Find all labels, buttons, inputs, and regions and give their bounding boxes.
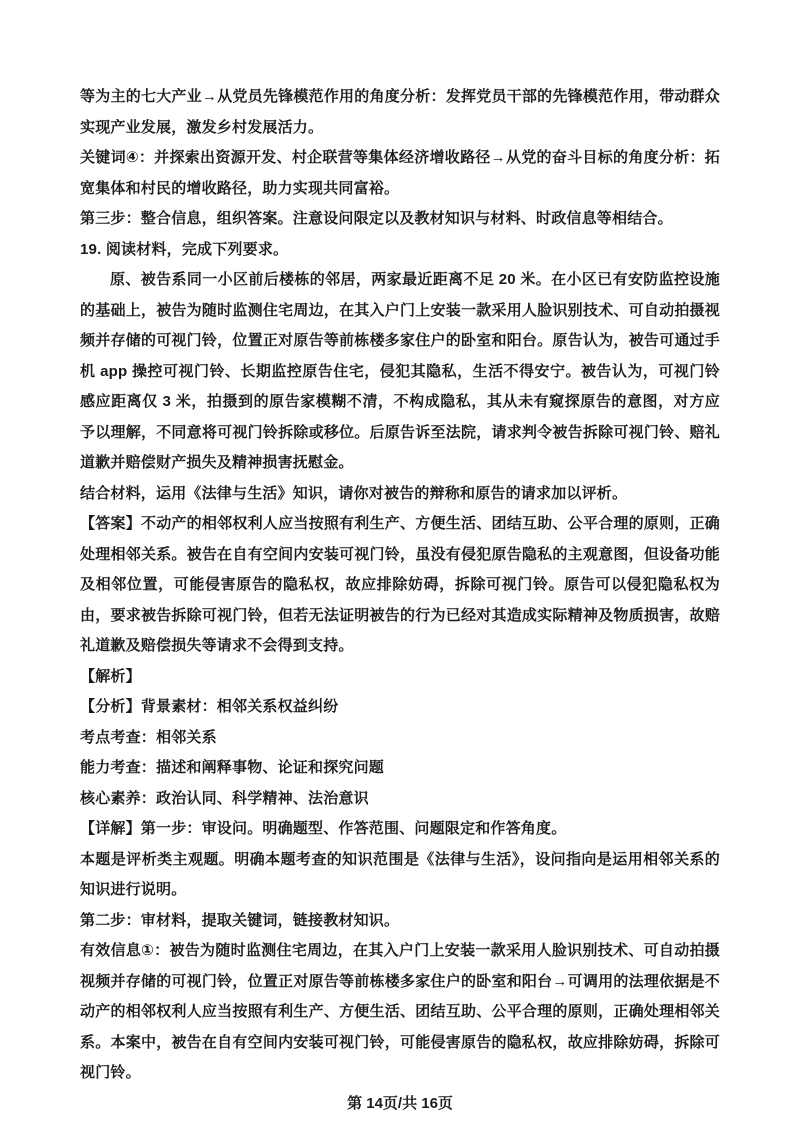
ability-check: 能力考查：描述和阐释事物、论证和探究问题: [80, 753, 720, 784]
answer-paragraph: 【答案】不动产的相邻权利人应当按照有利生产、方便生活、团结互助、公平合理的原则，…: [80, 509, 720, 662]
question-19-task: 结合材料，运用《法律与生活》知识，请你对被告的辩称和原告的请求加以评析。: [80, 479, 720, 510]
valid-info-1: 有效信息①：被告为随时监测住宅周边，在其入户门上安装一款采用人脸识别技术、可自动…: [80, 936, 720, 1089]
document-page: 等为主的七大产业→从党员先锋模范作用的角度分析：发挥党员干部的先锋模范作用，带动…: [0, 0, 800, 1132]
page-footer: 第 14页/共 16页: [80, 1089, 720, 1120]
detail-step2-heading: 第二步：审材料，提取关键词，链接教材知识。: [80, 906, 720, 937]
jiexi-heading: 【解析】: [80, 662, 720, 693]
keyword3-analysis-continued: 等为主的七大产业→从党员先锋模范作用的角度分析：发挥党员干部的先锋模范作用，带动…: [80, 82, 720, 143]
question-19-material: 原、被告系同一小区前后楼栋的邻居，两家最近距离不足 20 米。在小区已有安防监控…: [80, 265, 720, 479]
step3-summary: 第三步：整合信息，组织答案。注意设问限定以及教材知识与材料、时政信息等相结合。: [80, 204, 720, 235]
core-literacy: 核心素养：政治认同、科学精神、法治意识: [80, 784, 720, 815]
keyword4-analysis: 关键词④：并探索出资源开发、村企联营等集体经济增收路径→从党的奋斗目标的角度分析…: [80, 143, 720, 204]
analysis-background-material: 【分析】背景素材：相邻关系权益纠纷: [80, 692, 720, 723]
detail-step1-body: 本题是评析类主观题。明确本题考查的知识范围是《法律与生活》，设问指向是运用相邻关…: [80, 845, 720, 906]
exam-point: 考点考查：相邻关系: [80, 723, 720, 754]
detail-step1-heading: 【详解】第一步：审设问。明确题型、作答范围、问题限定和作答角度。: [80, 814, 720, 845]
question-19-heading: 19. 阅读材料，完成下列要求。: [80, 235, 720, 266]
